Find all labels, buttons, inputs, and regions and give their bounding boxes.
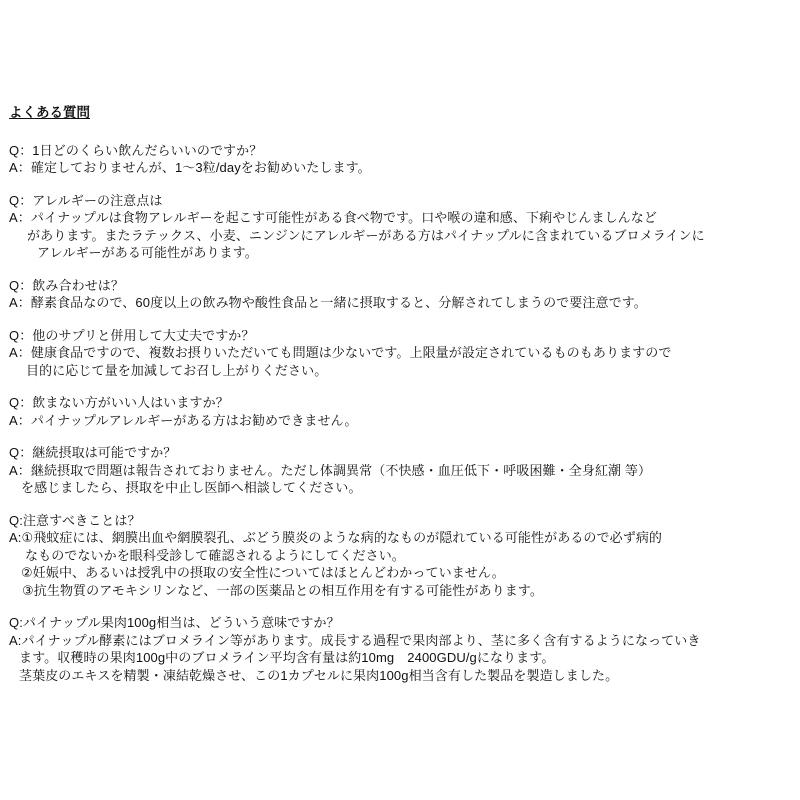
qa-block: Q：1日どのくらい飲んだらいいのですか？A：確定しておりませんが、1～3粒/da…	[9, 142, 796, 177]
page-title: よくある質問	[9, 104, 796, 122]
answer-line: A:①飛蚊症には、網膜出血や網膜裂孔、ぶどう膜炎のような病的なものが隠れている可…	[9, 529, 796, 547]
question-line: Q：1日どのくらい飲んだらいいのですか？	[9, 142, 796, 160]
answer-continuation-line: ②妊娠中、あるいは授乳中の摂取の安全性についてはほとんどわかっていません。	[9, 564, 796, 582]
question-line: Q：アレルギーの注意点は	[9, 192, 796, 210]
answer-continuation-line: ます。収穫時の果肉100g中のブロメライン平均含有量は約10mg 2400GDU…	[9, 649, 796, 667]
answer-line: A：健康食品ですので、複数お摂りいただいても問題は少ないです。上限量が設定されて…	[9, 344, 796, 362]
question-line: Q：継続摂取は可能ですか？	[9, 444, 796, 462]
answer-line: A:パイナップル酵素にはブロメライン等があります。成長する過程で果肉部より、茎に…	[9, 632, 796, 650]
answer-continuation-line: ③抗生物質のアモキシリンなど、一部の医薬品との相互作用を有する可能性があります。	[9, 582, 796, 600]
answer-continuation-line: 目的に応じて量を加減してお召し上がりください。	[9, 362, 796, 380]
qa-block: Q：継続摂取は可能ですか？A：継続摂取で問題は報告されておりません。ただし体調異…	[9, 444, 796, 497]
answer-continuation-line: なものでないかを眼科受診して確認されるようにしてください。	[9, 547, 796, 565]
answer-line: A：パイナップルは食物アレルギーを起こす可能性がある食べ物です。口や喉の違和感、…	[9, 209, 796, 227]
answer-line: A：継続摂取で問題は報告されておりません。ただし体調異常（不快感・血圧低下・呼吸…	[9, 462, 796, 480]
faq-document-page: よくある質問 Q：1日どのくらい飲んだらいいのですか？A：確定しておりませんが、…	[0, 0, 800, 800]
faq-list: Q：1日どのくらい飲んだらいいのですか？A：確定しておりませんが、1～3粒/da…	[9, 142, 796, 685]
answer-line: A：確定しておりませんが、1～3粒/dayをお勧めいたします。	[9, 159, 796, 177]
question-line: Q:パイナップル果肉100g相当は、どういう意味ですか？	[9, 614, 796, 632]
answer-continuation-line: を感じましたら、摂取を中止し医師へ相談してください。	[9, 479, 796, 497]
question-line: Q：飲まない方がいい人はいますか？	[9, 394, 796, 412]
question-line: Q：飲み合わせは？	[9, 277, 796, 295]
qa-block: Q：他のサプリと併用して大丈夫ですか？A：健康食品ですので、複数お摂りいただいて…	[9, 327, 796, 380]
question-line: Q：他のサプリと併用して大丈夫ですか？	[9, 327, 796, 345]
qa-block: Q:注意すべきことは？A:①飛蚊症には、網膜出血や網膜裂孔、ぶどう膜炎のような病…	[9, 512, 796, 600]
qa-block: Q：飲まない方がいい人はいますか？A：パイナップルアレルギーがある方はお勧めでき…	[9, 394, 796, 429]
answer-continuation-line: があります。またラテックス、小麦、ニンジンにアレルギーがある方はパイナップルに含…	[9, 227, 796, 245]
answer-line: A：酵素食品なので、60度以上の飲み物や酸性食品と一緒に摂取すると、分解されてし…	[9, 294, 796, 312]
question-line: Q:注意すべきことは？	[9, 512, 796, 530]
answer-line: A：パイナップルアレルギーがある方はお勧めできません。	[9, 412, 796, 430]
qa-block: Q:パイナップル果肉100g相当は、どういう意味ですか？A:パイナップル酵素には…	[9, 614, 796, 684]
qa-block: Q：飲み合わせは？A：酵素食品なので、60度以上の飲み物や酸性食品と一緒に摂取す…	[9, 277, 796, 312]
answer-continuation-line: アレルギーがある可能性があります。	[9, 244, 796, 262]
qa-block: Q：アレルギーの注意点はA：パイナップルは食物アレルギーを起こす可能性がある食べ…	[9, 192, 796, 262]
answer-continuation-line: 茎葉皮のエキスを精製・凍結乾燥させ、この1カプセルに果肉100g相当含有した製品…	[9, 667, 796, 685]
